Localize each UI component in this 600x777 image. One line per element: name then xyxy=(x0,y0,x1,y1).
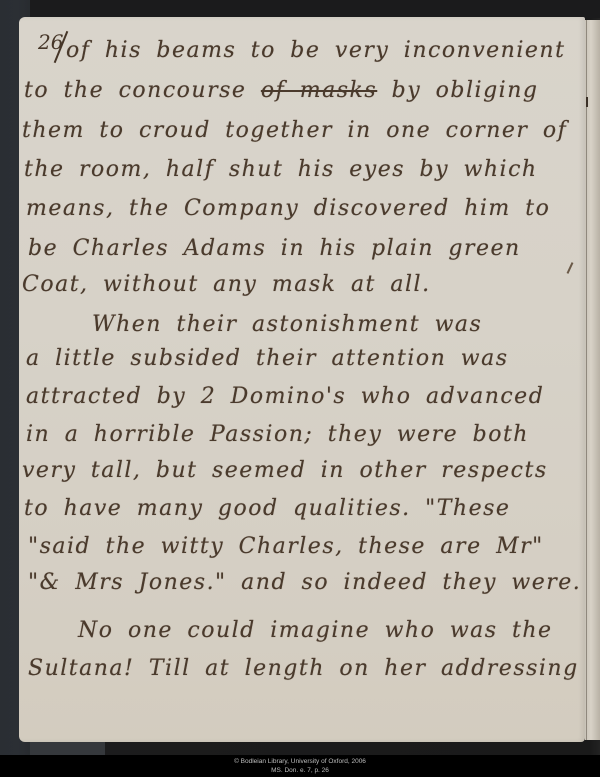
manuscript-line: them to croud together in one corner of xyxy=(22,118,567,143)
line-text: to the concourse xyxy=(24,78,261,103)
manuscript-line: No one could imagine who was the xyxy=(78,618,553,643)
manuscript-line: "& Mrs Jones." and so indeed they were. xyxy=(28,570,581,595)
manuscript-line: in a horrible Passion; they were both xyxy=(26,422,529,447)
manuscript-line: When their astonishment was xyxy=(92,312,482,337)
manuscript-line: be Charles Adams in his plain green xyxy=(28,236,521,261)
manuscript-line: Sultana! Till at length on her addressin… xyxy=(28,656,579,681)
manuscript-line: to the concourse of masks by obliging xyxy=(24,78,538,103)
manuscript-text: 26 of his beams to be very inconvenient … xyxy=(0,0,600,755)
copyright-caption: © Bodleian Library, University of Oxford… xyxy=(0,755,600,777)
copyright-text: © Bodleian Library, University of Oxford… xyxy=(0,757,600,766)
manuscript-line: means, the Company discovered him to xyxy=(26,196,550,221)
margin-mark xyxy=(567,262,574,274)
manuscript-line: a little subsided their attention was xyxy=(26,346,509,371)
line-text: by obliging xyxy=(377,78,538,103)
manuscript-line: very tall, but seemed in other respects xyxy=(22,458,548,483)
manuscript-line: Coat, without any mask at all. xyxy=(22,272,431,297)
manuscript-line: of his beams to be very inconvenient xyxy=(66,38,565,63)
manuscript-line: to have many good qualities. "These xyxy=(24,496,510,521)
margin-mark xyxy=(586,97,588,107)
manuscript-line: the room, half shut his eyes by which xyxy=(24,157,538,182)
manuscript-line: attracted by 2 Domino's who advanced xyxy=(26,384,544,409)
struck-text: of masks xyxy=(261,78,377,103)
manuscript-line: "said the witty Charles, these are Mr" xyxy=(28,534,544,559)
shelfmark-text: MS. Don. e. 7, p. 26 xyxy=(0,766,600,775)
